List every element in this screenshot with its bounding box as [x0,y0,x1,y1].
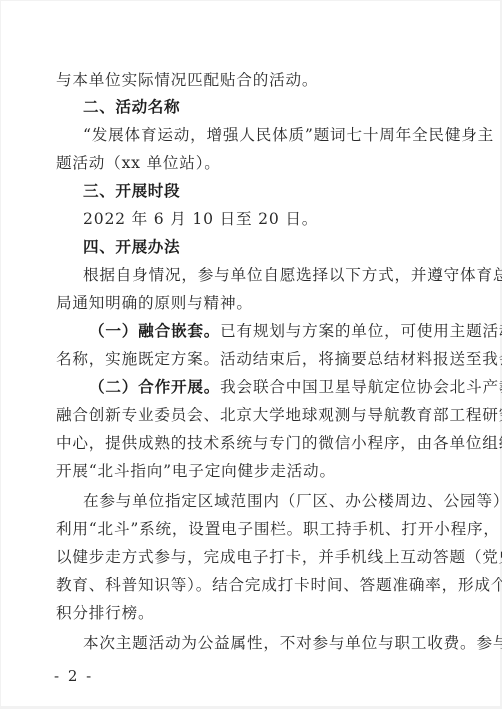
section-heading-method: 四、开展办法 [83,236,180,258]
option-two-text: 我会联合中国卫星导航定位协会北斗产教 [220,378,502,396]
paragraph-line: 利用“北斗”系统，设置电子围栏。职工持手机、打开小程序， [56,518,500,540]
paragraph-line: 根据自身情况，参与单位自愿选择以下方式，并遵守体育总 [83,264,502,286]
option-two-line: （二）合作开展。我会联合中国卫星导航定位协会北斗产教 [89,376,502,398]
option-two-label: （二）合作开展。 [89,377,220,396]
option-one-line: （一）融合嵌套。已有规划与方案的单位，可使用主题活动 [89,320,502,342]
paragraph-line: 2022 年 6 月 10 日至 20 日。 [83,208,318,230]
option-one-label: （一）融合嵌套。 [89,321,220,340]
paragraph-line: 开展“北斗指向”电子定向健步走活动。 [56,460,336,482]
page-number: - 2 - [54,667,93,685]
option-one-text: 已有规划与方案的单位，可使用主题活动 [220,322,502,340]
paragraph-line: 题活动（xx 单位站）。 [56,152,221,174]
paragraph-line: “发展体育运动，增强人民体质”题词七十周年全民健身主 [83,124,494,146]
paragraph-line: 积分排行榜。 [56,602,154,624]
document-page: 与本单位实际情况匹配贴合的活动。 二、活动名称 “发展体育运动，增强人民体质”题… [1,1,500,706]
paragraph-line: 本次主题活动为公益属性，不对参与单位与职工收费。参与 [83,632,502,654]
paragraph-line: 融合创新专业委员会、北京大学地球观测与导航教育部工程研究 [56,404,502,426]
section-heading-activity-name: 二、活动名称 [83,96,180,118]
paragraph-line: 在参与单位指定区域范围内（厂区、办公楼周边、公园等）， [83,490,502,512]
paragraph-line: 名称，实施既定方案。活动结束后，将摘要总结材料报送至我会。 [56,348,502,370]
paragraph-line: 中心，提供成熟的技术系统与专门的微信小程序，由各单位组织 [56,432,502,454]
paragraph-line: 局通知明确的原则与精神。 [56,292,253,314]
paragraph-line: 教育、科普知识等）。结合完成打卡时间、答题准确率，形成个人 [56,574,502,596]
section-heading-period: 三、开展时段 [83,180,180,202]
continuation-text: 与本单位实际情况匹配贴合的活动。 [56,69,318,91]
paragraph-line: 以健步走方式参与，完成电子打卡，并手机线上互动答题（党史 [56,546,502,568]
